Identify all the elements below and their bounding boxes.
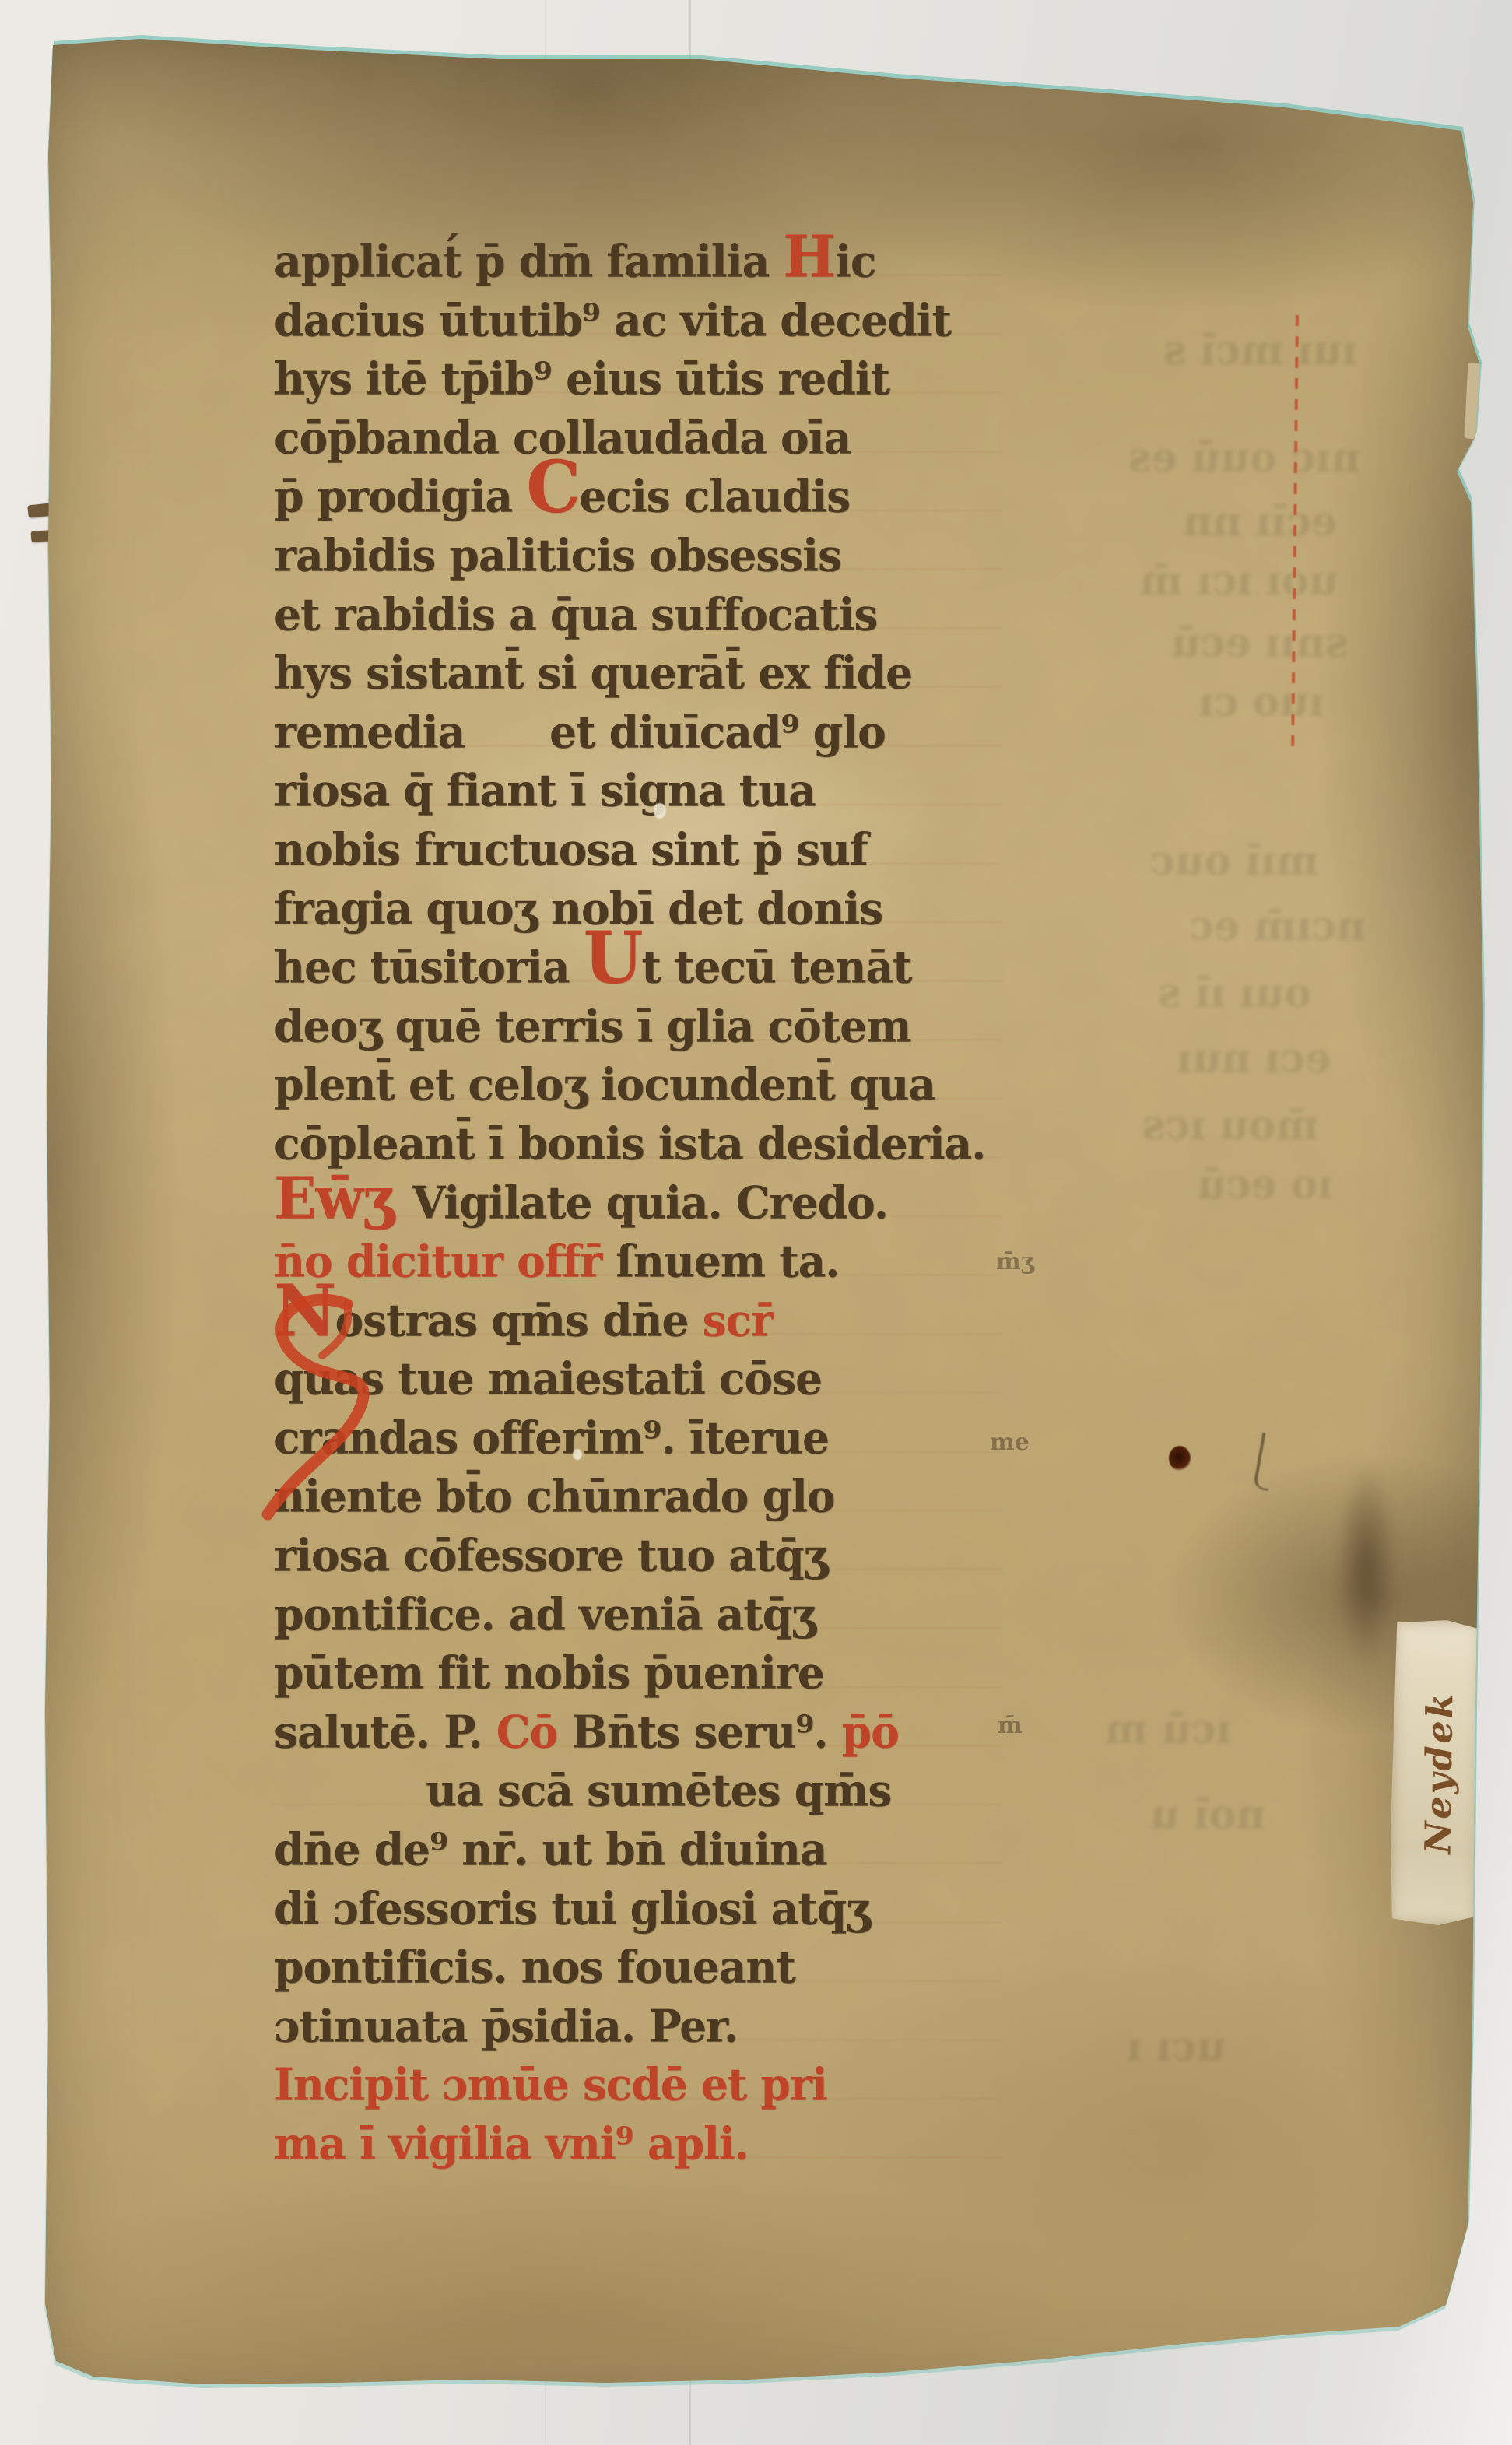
rubric-text: Ew̄ʒ bbox=[274, 1163, 412, 1231]
ink-text: Vigilate quia. Credo. bbox=[412, 1176, 888, 1229]
manuscript-line: pūtem fit nobis p̄uenire bbox=[274, 1642, 1021, 1703]
manuscript-line: ua scā sumētes qm̄s bbox=[274, 1759, 1021, 1821]
ink-text: ſnuem ta. bbox=[616, 1234, 839, 1287]
manuscript-line: cōp̄banda collaudāda oīa bbox=[274, 407, 1021, 468]
ink-spot bbox=[1169, 1446, 1191, 1471]
surface-chip bbox=[573, 1449, 582, 1460]
ink-text: nobis fructuosa sint p̄ suf bbox=[274, 823, 868, 875]
ghost-line: nıc ouū es bbox=[1128, 434, 1360, 482]
manuscript-line: deoʒ quē terris ī glia cōtem bbox=[274, 995, 1021, 1057]
manuscript-line: hec tūsitoria Ut tecū tenāt bbox=[274, 936, 1021, 998]
ink-text: riosa q̄ fiant ī signa tua bbox=[274, 764, 816, 817]
manuscript-line: hys itē tp̄ib⁹ eius ūtis redit bbox=[274, 348, 1021, 409]
manuscript-line: fragia quoʒ nobī det donis bbox=[274, 878, 1021, 939]
manuscript-line: rabidis paliticis obsessis bbox=[274, 524, 1021, 586]
manuscript-line: nobis fructuosa sint p̄ suf bbox=[274, 819, 1021, 880]
ink-text: plent̄ et celoʒ iocundent̄ qua bbox=[274, 1058, 935, 1111]
label-stain bbox=[1335, 1463, 1398, 1665]
rubric-text: C bbox=[526, 444, 579, 528]
ghost-line: ecı nuı bbox=[1177, 1035, 1331, 1082]
manuscript-line: dn̄e de⁹ nr̄. ut bn̄ diuina bbox=[274, 1819, 1021, 1880]
manuscript-line: plent̄ et celoʒ iocundent̄ qua bbox=[274, 1054, 1021, 1115]
manuscript-text-block: applicat́ p̄ dm̄ familia Hicdacius ūtuti… bbox=[274, 230, 1021, 2172]
surface-chip bbox=[654, 803, 666, 819]
ink-text: pontificis. nos foueant bbox=[274, 1940, 795, 1993]
ghost-line: ıo ecū bbox=[1197, 1161, 1333, 1208]
ghost-line: ncım̄ ec bbox=[1189, 903, 1366, 950]
rubric-text: U bbox=[584, 915, 642, 999]
photo-of-manuscript: { "photo": { "subject": "medieval parchm… bbox=[0, 0, 1512, 2445]
manuscript-line: di ɔfessoris tui gliosi atq̄ʒ bbox=[274, 1878, 1021, 1939]
ghost-line: ıuo cı bbox=[1198, 679, 1324, 726]
rubric-text: Cō bbox=[496, 1705, 572, 1758]
ink-text: ic bbox=[835, 234, 875, 287]
ink-text: salutē. P. bbox=[274, 1705, 496, 1758]
manuscript-line: remedia et diuīcad⁹ glo bbox=[274, 701, 1021, 763]
ink-text: fragia quoʒ nobī det donis bbox=[274, 882, 882, 935]
ink-text: deoʒ quē terris ī glia cōtem bbox=[274, 999, 910, 1052]
manuscript-line: et rabidis a q̄ua suffocatis bbox=[274, 584, 1021, 645]
sewing-tab bbox=[27, 503, 52, 517]
manuscript-line: pontifice. ad veniā atq̄ʒ bbox=[274, 1584, 1021, 1645]
ghost-line: mıī ouc bbox=[1150, 837, 1319, 885]
ghost-line: ouı ıī s bbox=[1158, 970, 1311, 1017]
ink-text: ɔtinuata p̄sidia. Per. bbox=[274, 1999, 738, 2052]
ink-text: di ɔfessoris tui gliosi atq̄ʒ bbox=[274, 1882, 869, 1935]
rubric-text: p̄ō bbox=[842, 1705, 899, 1758]
ink-text: ecis claudis bbox=[579, 470, 850, 523]
ghost-line: ecīı nn bbox=[1183, 498, 1337, 545]
manuscript-line: pontificis. nos foueant bbox=[274, 1936, 1021, 1998]
ink-text: hec tūsitoria bbox=[274, 940, 584, 993]
ghost-line: m̄ou ıcs bbox=[1142, 1102, 1318, 1149]
ink-text: pontifice. ad veniā atq̄ʒ bbox=[274, 1587, 815, 1640]
ink-text: et rabidis a q̄ua suffocatis bbox=[274, 588, 877, 640]
ink-text: ua scā sumētes qm̄s bbox=[426, 1764, 891, 1817]
ghost-line: ıcū m bbox=[1105, 1706, 1231, 1753]
ghost-line: uoı ıcı m̄ bbox=[1140, 557, 1338, 605]
ink-text: t tecū tenāt bbox=[641, 940, 911, 993]
ghost-line: ucı ı bbox=[1127, 2023, 1226, 2071]
manuscript-line: Incipit ɔmūe scdē et pri bbox=[274, 2054, 1021, 2115]
ghost-line: ıuı mcī s bbox=[1163, 327, 1357, 374]
manuscript-line: hys sistant̄ si querāt̄ ex fide bbox=[274, 642, 1021, 703]
rubric-text: H bbox=[783, 223, 835, 290]
shelfmark-label: Neydek bbox=[1389, 1619, 1482, 1926]
manuscript-line: ɔtinuata p̄sidia. Per. bbox=[274, 1995, 1021, 2057]
manuscript-line: ma ī vigilia vni⁹ apli. bbox=[274, 2113, 1021, 2174]
manuscript-line: riosa q̄ fiant ī signa tua bbox=[274, 759, 1021, 821]
shelfmark-text: Neydek bbox=[1416, 1620, 1455, 1926]
manuscript-line: Ew̄ʒ Vigilate quia. Credo. bbox=[274, 1172, 1021, 1233]
ink-text: p̄ prodigia bbox=[274, 470, 526, 523]
ink-text: remedia et diuīcad⁹ glo bbox=[274, 705, 886, 758]
ink-text: hys itē tp̄ib⁹ eius ūtis redit bbox=[274, 352, 889, 405]
ink-text: dacius ūtutib⁹ ac vita decedit bbox=[274, 293, 951, 346]
ink-text: hys sistant̄ si querāt̄ ex fide bbox=[274, 646, 912, 699]
ink-text: Bn̄ts seru⁹. bbox=[571, 1705, 841, 1758]
manuscript-line: applicat́ p̄ dm̄ familia Hic bbox=[274, 230, 1021, 292]
manuscript-line: salutē. P. Cō Bn̄ts seru⁹. p̄ō bbox=[274, 1701, 1021, 1763]
ghost-line: snıı ecū bbox=[1171, 619, 1348, 667]
manuscript-line: p̄ prodigia Cecis claudis bbox=[274, 465, 1021, 527]
ink-text: pūtem fit nobis p̄uenire bbox=[274, 1646, 824, 1699]
rubric-text: scr̄ bbox=[703, 1293, 773, 1346]
ghost-line: noī u bbox=[1150, 1791, 1265, 1839]
parchment-leaf: ıuı mcī snıc ouū esecīı nnuoı ıcı m̄snıı… bbox=[0, 0, 1512, 2445]
ink-text: cōpleant̄ ī bonis ista desideria. bbox=[274, 1117, 985, 1170]
rubric-text: ma ī vigilia vni⁹ apli. bbox=[274, 2117, 749, 2170]
initial-n-flourish bbox=[230, 1281, 394, 1538]
ink-text: rabidis paliticis obsessis bbox=[274, 528, 841, 581]
manuscript-line: dacius ūtutib⁹ ac vita decedit bbox=[274, 289, 1021, 351]
ink-text: dn̄e de⁹ nr̄. ut bn̄ diuina bbox=[274, 1822, 827, 1875]
ink-squiggle bbox=[1253, 1433, 1278, 1491]
rubric-text: Incipit ɔmūe scdē et pri bbox=[274, 2058, 827, 2111]
ink-text: applicat́ p̄ dm̄ familia bbox=[274, 234, 783, 287]
